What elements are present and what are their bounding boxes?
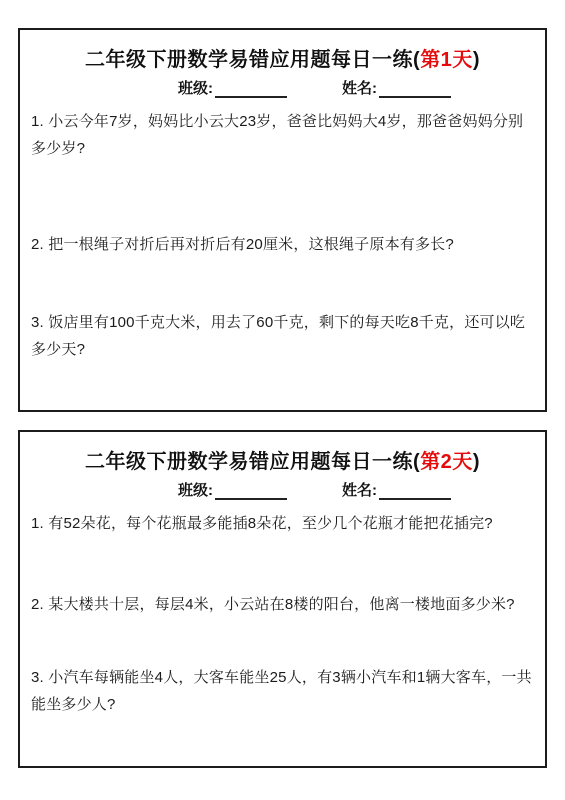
fields-row: 班级: 姓名:: [178, 479, 451, 500]
worksheet-title: 二年级下册数学易错应用题每日一练(第2天): [20, 445, 545, 474]
class-field: 班级:: [178, 479, 287, 500]
name-blank-line: [379, 485, 451, 500]
worksheet-title: 二年级下册数学易错应用题每日一练(第1天): [20, 43, 545, 72]
name-field: 姓名:: [342, 479, 451, 500]
fields-row: 班级: 姓名:: [178, 77, 451, 98]
question-3: 3. 饭店里有100千克大米，用去了60千克，剩下的每天吃8千克，还可以吃多少天…: [31, 309, 534, 363]
question-2: 2. 某大楼共十层，每层4米，小云站在8楼的阳台，他离一楼地面多少米?: [31, 591, 534, 618]
worksheet-day2: 二年级下册数学易错应用题每日一练(第2天) 班级: 姓名: 1. 有52朵花，每…: [18, 430, 547, 768]
class-label: 班级:: [178, 77, 213, 98]
name-label: 姓名:: [342, 77, 377, 98]
question-2: 2. 把一根绳子对折后再对折后有20厘米，这根绳子原本有多长?: [31, 231, 534, 258]
title-suffix: ): [473, 451, 480, 473]
title-suffix: ): [473, 49, 480, 71]
question-3: 3. 小汽车每辆能坐4人，大客车能坐25人，有3辆小汽车和1辆大客车，一共能坐多…: [31, 664, 534, 718]
name-blank-line: [379, 83, 451, 98]
title-prefix: 二年级下册数学易错应用题每日一练(: [85, 451, 420, 473]
class-blank-line: [215, 83, 287, 98]
class-field: 班级:: [178, 77, 287, 98]
name-label: 姓名:: [342, 479, 377, 500]
title-day-badge: 第2天: [420, 451, 473, 473]
worksheet-day1: 二年级下册数学易错应用题每日一练(第1天) 班级: 姓名: 1. 小云今年7岁，…: [18, 28, 547, 412]
question-1: 1. 小云今年7岁，妈妈比小云大23岁，爸爸比妈妈大4岁，那爸爸妈妈分别多少岁?: [31, 108, 534, 162]
class-label: 班级:: [178, 479, 213, 500]
name-field: 姓名:: [342, 77, 451, 98]
title-day-badge: 第1天: [420, 49, 473, 71]
class-blank-line: [215, 485, 287, 500]
question-1: 1. 有52朵花，每个花瓶最多能插8朵花，至少几个花瓶才能把花插完?: [31, 510, 534, 537]
title-prefix: 二年级下册数学易错应用题每日一练(: [85, 49, 420, 71]
